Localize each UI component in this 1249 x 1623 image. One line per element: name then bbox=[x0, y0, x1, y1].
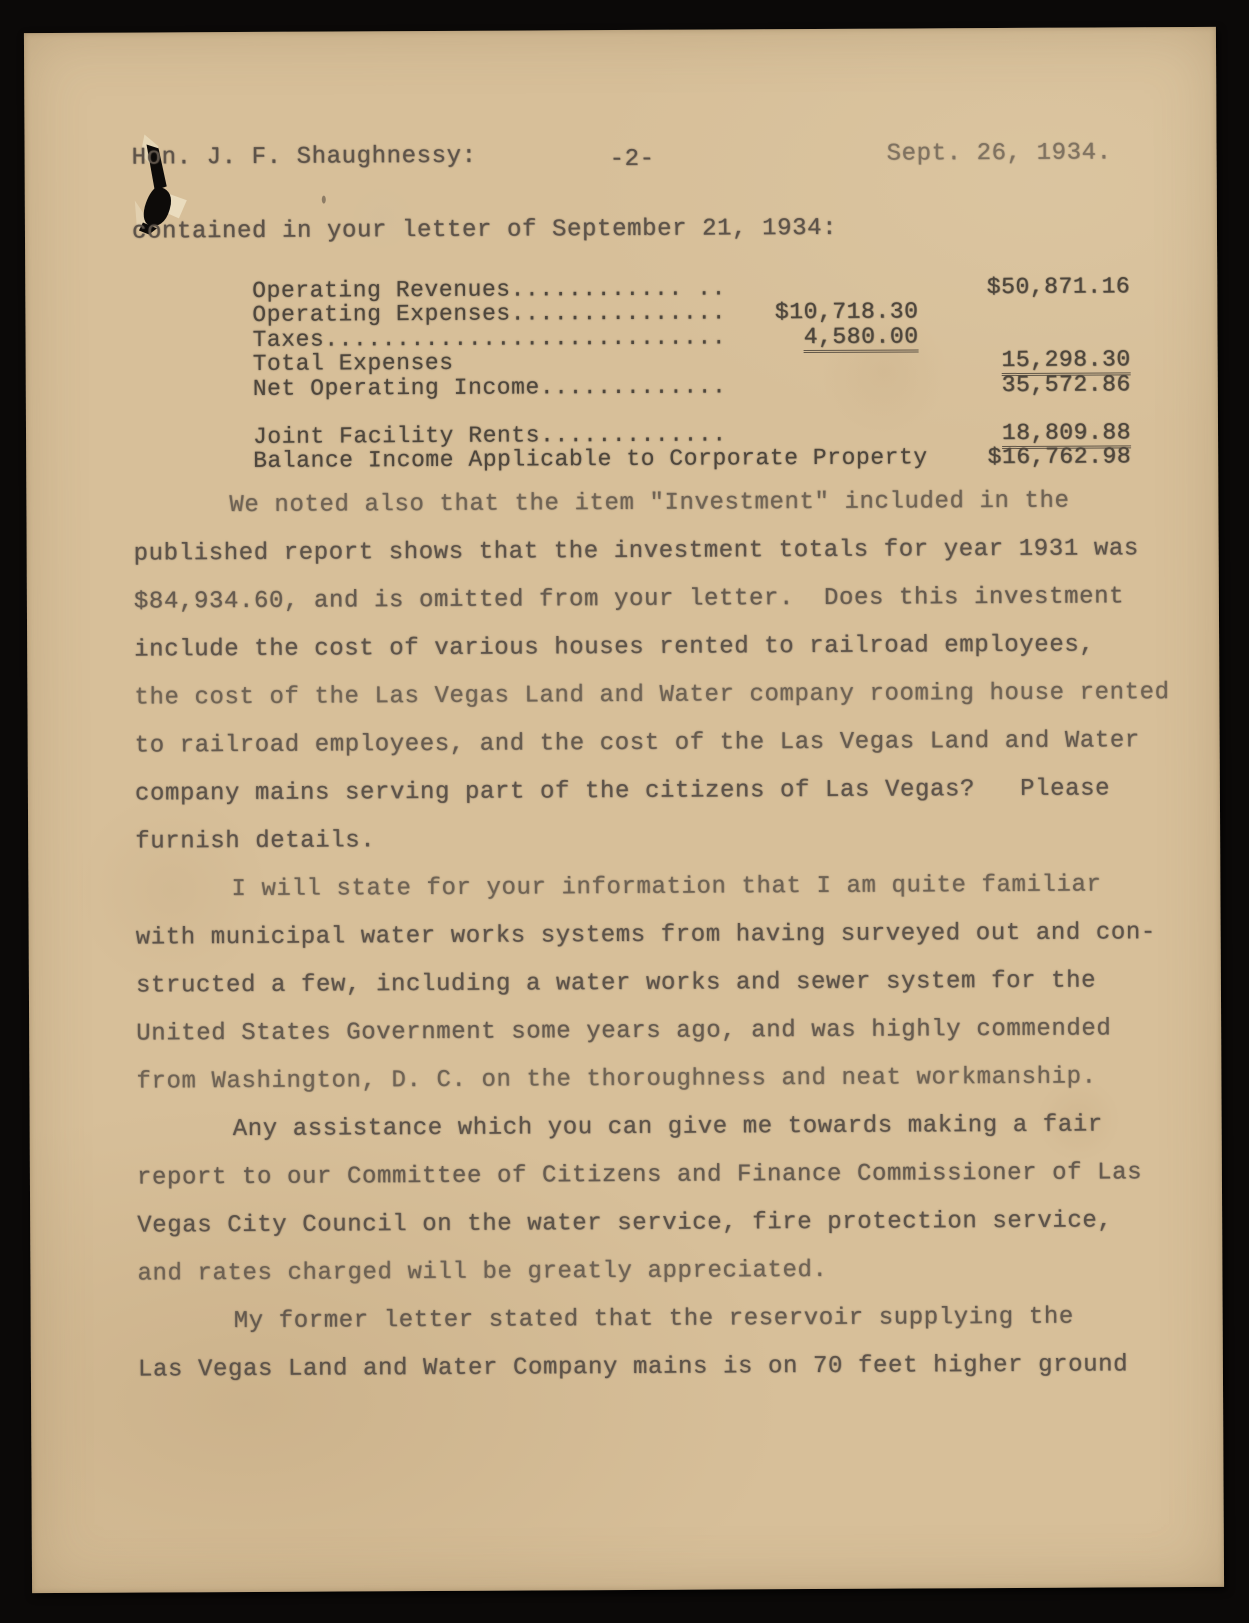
letter-line: report to our Committee of Citizens and … bbox=[137, 1159, 1147, 1212]
letter-line: published report shows that the investme… bbox=[134, 535, 1144, 588]
statement-label: Total Expenses bbox=[253, 350, 454, 377]
statement-label: Balance Income Applicable to Corporate P… bbox=[253, 445, 928, 475]
page-number: -2- bbox=[610, 146, 655, 173]
letter-date: Sept. 26, 1934. bbox=[886, 139, 1111, 167]
letter-line: I will state for your information that I… bbox=[135, 871, 1145, 924]
ink-speck bbox=[322, 196, 326, 204]
letter-line: We noted also that the item "Investment"… bbox=[133, 487, 1143, 540]
statement-label: Net Operating Income............. bbox=[253, 373, 727, 401]
statement-right-value: $50,871.16 bbox=[987, 273, 1131, 300]
letter-line: $84,934.60, and is omitted from your let… bbox=[134, 583, 1144, 636]
letter-line: and rates charged will be greatly apprec… bbox=[137, 1255, 1147, 1308]
intro-line: contained in your letter of September 21… bbox=[132, 215, 837, 246]
page-header: Hon. J. F. Shaughnessy: -2- Sept. 26, 19… bbox=[25, 139, 1217, 175]
letter-line: to railroad employees, and the cost of t… bbox=[135, 727, 1145, 780]
letter-line: structed a few, including a water works … bbox=[136, 967, 1146, 1020]
letter-line: Any assistance which you can give me tow… bbox=[137, 1111, 1147, 1164]
letter-line: company mains serving part of the citize… bbox=[135, 775, 1145, 828]
statement-right-value: 35,572.86 bbox=[1002, 371, 1131, 398]
letter-line: from Washington, D. C. on the thoroughne… bbox=[136, 1063, 1146, 1116]
letter-line: the cost of the Las Vegas Land and Water… bbox=[134, 679, 1144, 732]
statement-right-value: $16,762.98 bbox=[988, 444, 1132, 471]
statement-row: Balance Income Applicable to Corporate P… bbox=[253, 444, 1131, 473]
statement-mid-value: $10,718.30 bbox=[775, 299, 919, 326]
letter-page: Hon. J. F. Shaughnessy: -2- Sept. 26, 19… bbox=[24, 27, 1224, 1593]
letter-line: with municipal water works systems from … bbox=[136, 919, 1146, 972]
scan-background: Hon. J. F. Shaughnessy: -2- Sept. 26, 19… bbox=[0, 0, 1249, 1623]
letter-line: My former letter stated that the reservo… bbox=[138, 1303, 1148, 1356]
letter-line: include the cost of various houses rente… bbox=[134, 631, 1144, 684]
statement-row: Net Operating Income.............35,572.… bbox=[253, 371, 1131, 400]
letter-line: Las Vegas Land and Water Company mains i… bbox=[138, 1351, 1148, 1404]
letter-line: Vegas City Council on the water service,… bbox=[137, 1207, 1147, 1260]
letter-line: furnish details. bbox=[135, 823, 1145, 876]
statement-table: Operating Revenues............ ..$50,871… bbox=[252, 273, 1131, 472]
letter-line: United States Government some years ago,… bbox=[136, 1015, 1146, 1068]
recipient-name: Hon. J. F. Shaughnessy: bbox=[132, 143, 477, 172]
letter-body: We noted also that the item "Investment"… bbox=[133, 487, 1148, 1404]
